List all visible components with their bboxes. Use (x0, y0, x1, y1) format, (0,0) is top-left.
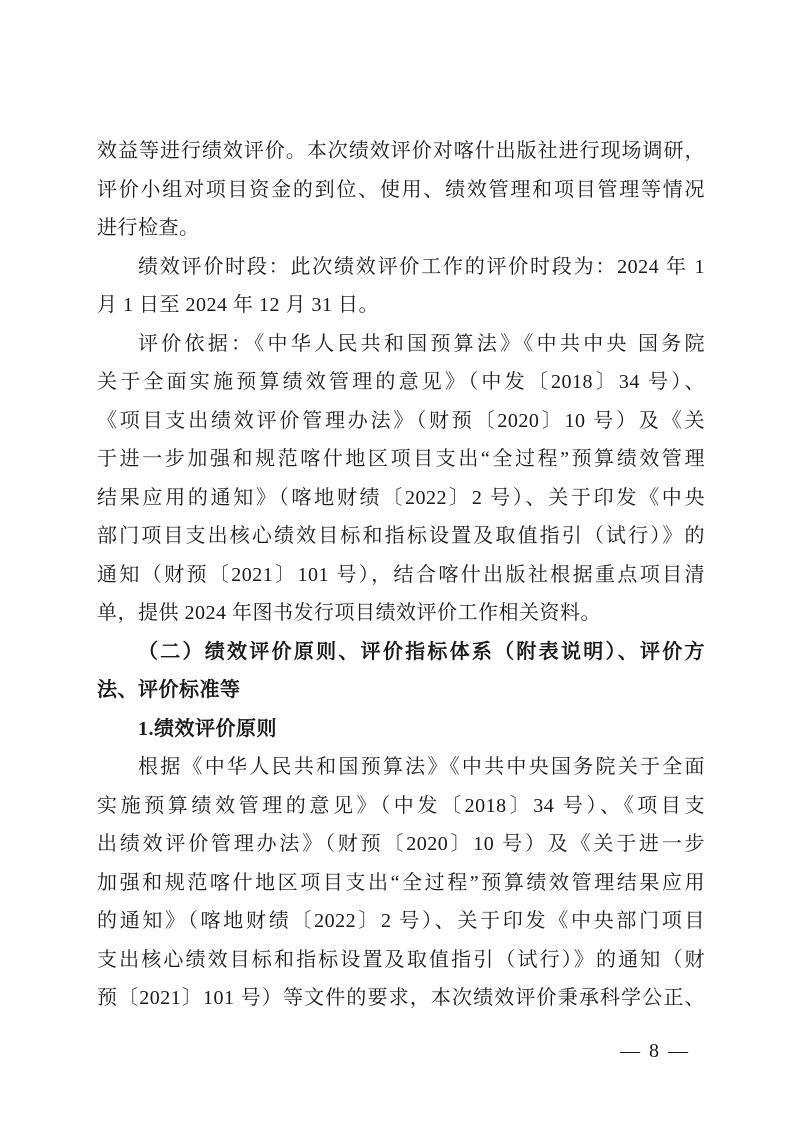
body-line: 结果应用的通知》（喀地财绩〔2022〕2 号）、关于印发《中央 (97, 479, 705, 518)
body-line: 部门项目支出核心绩效目标和指标设置及取值指引（试行）》的 (97, 517, 705, 556)
page-number: — 8 — (620, 1040, 690, 1062)
section-heading: 法、评价标准等 (97, 671, 705, 710)
text-block: 效益等进行绩效评价。本次绩效评价对喀什出版社进行现场调研， 评价小组对项目资金的… (97, 132, 705, 1018)
body-line: 月 1 日至 2024 年 12 月 31 日。 (97, 286, 705, 325)
subsection-heading: 1.绩效评价原则 (97, 710, 705, 749)
body-line: 《项目支出绩效评价管理办法》（财预〔2020〕10 号）及《关 (97, 402, 705, 441)
body-line: 评价小组对项目资金的到位、使用、绩效管理和项目管理等情况 (97, 171, 705, 210)
section-heading: （二）绩效评价原则、评价指标体系（附表说明）、评价方 (97, 633, 705, 672)
body-line: 的通知》（喀地财绩〔2022〕2 号）、关于印发《中央部门项目 (97, 902, 705, 941)
body-line: 支出核心绩效目标和指标设置及取值指引（试行）》的通知（财 (97, 941, 705, 980)
body-line: 根据《中华人民共和国预算法》《中共中央国务院关于全面 (97, 748, 705, 787)
body-line: 出绩效评价管理办法》（财预〔2020〕10 号）及《关于进一步 (97, 825, 705, 864)
body-line: 评价依据：《中华人民共和国预算法》《中共中央 国务院 (97, 325, 705, 364)
body-line: 绩效评价时段：此次绩效评价工作的评价时段为：2024 年 1 (97, 248, 705, 287)
body-line: 实施预算绩效管理的意见》（中发〔2018〕34 号）、《项目支 (97, 787, 705, 826)
document-page: 效益等进行绩效评价。本次绩效评价对喀什出版社进行现场调研， 评价小组对项目资金的… (0, 0, 793, 1122)
body-line: 效益等进行绩效评价。本次绩效评价对喀什出版社进行现场调研， (97, 132, 705, 171)
body-line: 单，提供 2024 年图书发行项目绩效评价工作相关资料。 (97, 594, 705, 633)
body-line: 加强和规范喀什地区项目支出“全过程”预算绩效管理结果应用 (97, 864, 705, 903)
page-footer: — 8 — (0, 1040, 690, 1063)
body-line: 于进一步加强和规范喀什地区项目支出“全过程”预算绩效管理 (97, 440, 705, 479)
body-line: 关于全面实施预算绩效管理的意见》（中发〔2018〕34 号）、 (97, 363, 705, 402)
body-line: 预〔2021〕101 号）等文件的要求，本次绩效评价秉承科学公正、 (97, 979, 705, 1018)
body-line: 通知（财预〔2021〕101 号），结合喀什出版社根据重点项目清 (97, 556, 705, 595)
body-line: 进行检查。 (97, 209, 705, 248)
